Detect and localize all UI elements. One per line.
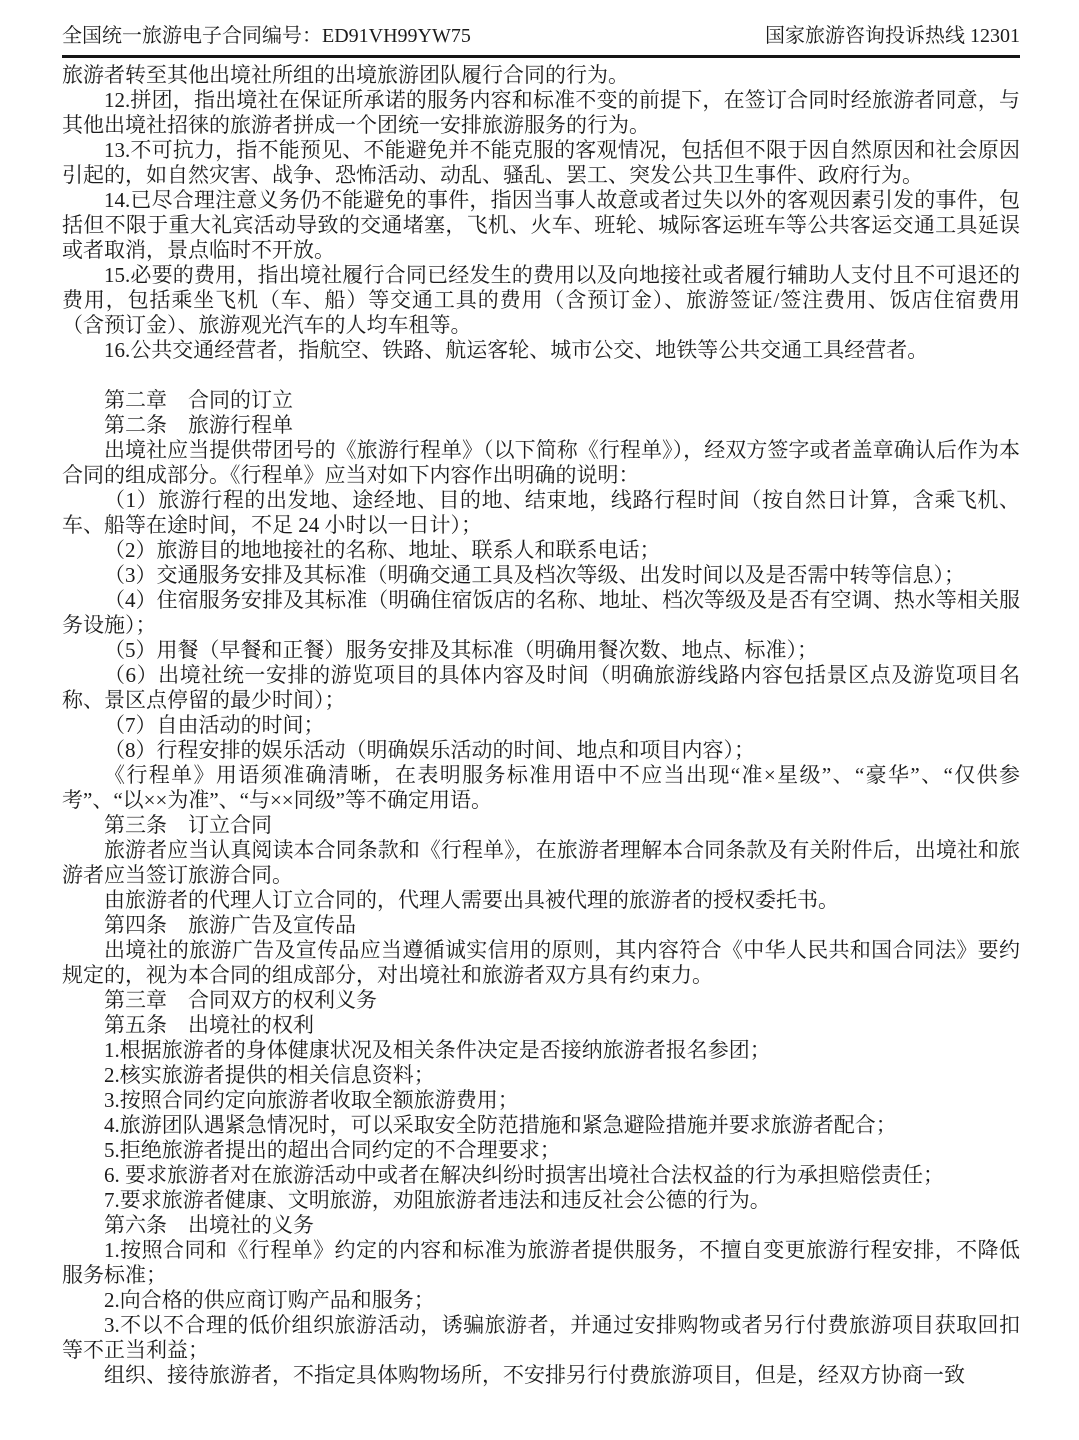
- clause-item-7: 7.要求旅游者健康、文明旅游，劝阻旅游者违法和违反社会公德的行为。: [62, 1188, 1020, 1213]
- list-item-6: （6）出境社统一安排的游览项目的具体内容及时间（明确旅游线路内容包括景区点及游览…: [62, 663, 1020, 713]
- contract-body: 旅游者转至其他出境社所组的出境旅游团队履行合同的行为。 12.拼团，指出境社在保…: [62, 63, 1020, 1388]
- contract-number-label: 全国统一旅游电子合同编号：: [62, 25, 322, 47]
- chapter-3-heading: 第三章 合同双方的权利义务: [62, 988, 1020, 1013]
- definition-item-12: 12.拼团，指出境社在保证所承诺的服务内容和标准不变的前提下，在签订合同时经旅游…: [62, 88, 1020, 138]
- hotline-label: 国家旅游咨询投诉热线: [765, 25, 970, 47]
- obligation-item-2: 2.向合格的供应商订购产品和服务；: [62, 1288, 1020, 1313]
- definition-item-14: 14.已尽合理注意义务仍不能避免的事件，指因当事人故意或者过失以外的客观因素引发…: [62, 188, 1020, 263]
- body-paragraph: 由旅游者的代理人订立合同的，代理人需要出具被代理的旅游者的授权委托书。: [62, 888, 1020, 913]
- contract-number-value: ED91VH99YW75: [322, 25, 471, 47]
- clause-item-3: 3.按照合同约定向旅游者收取全额旅游费用；: [62, 1088, 1020, 1113]
- list-item-3: （3）交通服务安排及其标准（明确交通工具及档次等级、出发时间以及是否需中转等信息…: [62, 563, 1020, 588]
- clause-item-5: 5.拒绝旅游者提出的超出合同约定的不合理要求；: [62, 1138, 1020, 1163]
- hotline-line: 国家旅游咨询投诉热线 12301: [765, 24, 1020, 48]
- chapter-2-heading: 第二章 合同的订立: [62, 388, 1020, 413]
- clause-item-4: 4.旅游团队遇紧急情况时，可以采取安全防范措施和紧急避险措施并要求旅游者配合；: [62, 1113, 1020, 1138]
- article-6-heading: 第六条 出境社的义务: [62, 1213, 1020, 1238]
- body-paragraph: 组织、接待旅游者，不指定具体购物场所，不安排另行付费旅游项目，但是，经双方协商一…: [62, 1363, 1020, 1388]
- article-5-heading: 第五条 出境社的权利: [62, 1013, 1020, 1038]
- definition-item-15: 15.必要的费用，指出境社履行合同已经发生的费用以及向地接社或者履行辅助人支付且…: [62, 263, 1020, 338]
- blank-line: [62, 363, 1020, 388]
- obligation-item-1: 1.按照合同和《行程单》约定的内容和标准为旅游者提供服务，不擅自变更旅游行程安排…: [62, 1238, 1020, 1288]
- hotline-number: 12301: [970, 25, 1020, 47]
- list-item-1: （1）旅游行程的出发地、途经地、目的地、结束地，线路行程时间（按自然日计算，含乘…: [62, 488, 1020, 538]
- body-paragraph: 旅游者应当认真阅读本合同条款和《行程单》，在旅游者理解本合同条款及有关附件后，出…: [62, 838, 1020, 888]
- list-item-5: （5）用餐（早餐和正餐）服务安排及其标准（明确用餐次数、地点、标准）；: [62, 638, 1020, 663]
- document-header: 全国统一旅游电子合同编号：ED91VH99YW75 国家旅游咨询投诉热线 123…: [62, 24, 1020, 58]
- article-2-heading: 第二条 旅游行程单: [62, 413, 1020, 438]
- clause-item-6: 6. 要求旅游者对在旅游活动中或者在解决纠纷时损害出境社合法权益的行为承担赔偿责…: [62, 1163, 1020, 1188]
- definition-item-13: 13.不可抗力，指不能预见、不能避免并不能克服的客观情况，包括但不限于因自然原因…: [62, 138, 1020, 188]
- list-item-2: （2）旅游目的地地接社的名称、地址、联系人和联系电话；: [62, 538, 1020, 563]
- list-item-7: （7）自由活动的时间；: [62, 713, 1020, 738]
- body-paragraph: 《行程单》用语须准确清晰，在表明服务标准用语中不应当出现“准×星级”、“豪华”、…: [62, 763, 1020, 813]
- article-4-heading: 第四条 旅游广告及宣传品: [62, 913, 1020, 938]
- list-item-8: （8）行程安排的娱乐活动（明确娱乐活动的时间、地点和项目内容）；: [62, 738, 1020, 763]
- article-3-heading: 第三条 订立合同: [62, 813, 1020, 838]
- contract-number-line: 全国统一旅游电子合同编号：ED91VH99YW75: [62, 24, 471, 48]
- continuation-line: 旅游者转至其他出境社所组的出境旅游团队履行合同的行为。: [62, 63, 1020, 88]
- clause-item-2: 2.核实旅游者提供的相关信息资料；: [62, 1063, 1020, 1088]
- clause-item-1: 1.根据旅游者的身体健康状况及相关条件决定是否接纳旅游者报名参团；: [62, 1038, 1020, 1063]
- document-page: 全国统一旅游电子合同编号：ED91VH99YW75 国家旅游咨询投诉热线 123…: [0, 0, 1079, 1440]
- body-paragraph: 出境社应当提供带团号的《旅游行程单》（以下简称《行程单》），经双方签字或者盖章确…: [62, 438, 1020, 488]
- obligation-item-3: 3.不以不合理的低价组织旅游活动，诱骗旅游者，并通过安排购物或者另行付费旅游项目…: [62, 1313, 1020, 1363]
- body-paragraph: 出境社的旅游广告及宣传品应当遵循诚实信用的原则，其内容符合《中华人民共和国合同法…: [62, 938, 1020, 988]
- list-item-4: （4）住宿服务安排及其标准（明确住宿饭店的名称、地址、档次等级及是否有空调、热水…: [62, 588, 1020, 638]
- definition-item-16: 16.公共交通经营者，指航空、铁路、航运客轮、城市公交、地铁等公共交通工具经营者…: [62, 338, 1020, 363]
